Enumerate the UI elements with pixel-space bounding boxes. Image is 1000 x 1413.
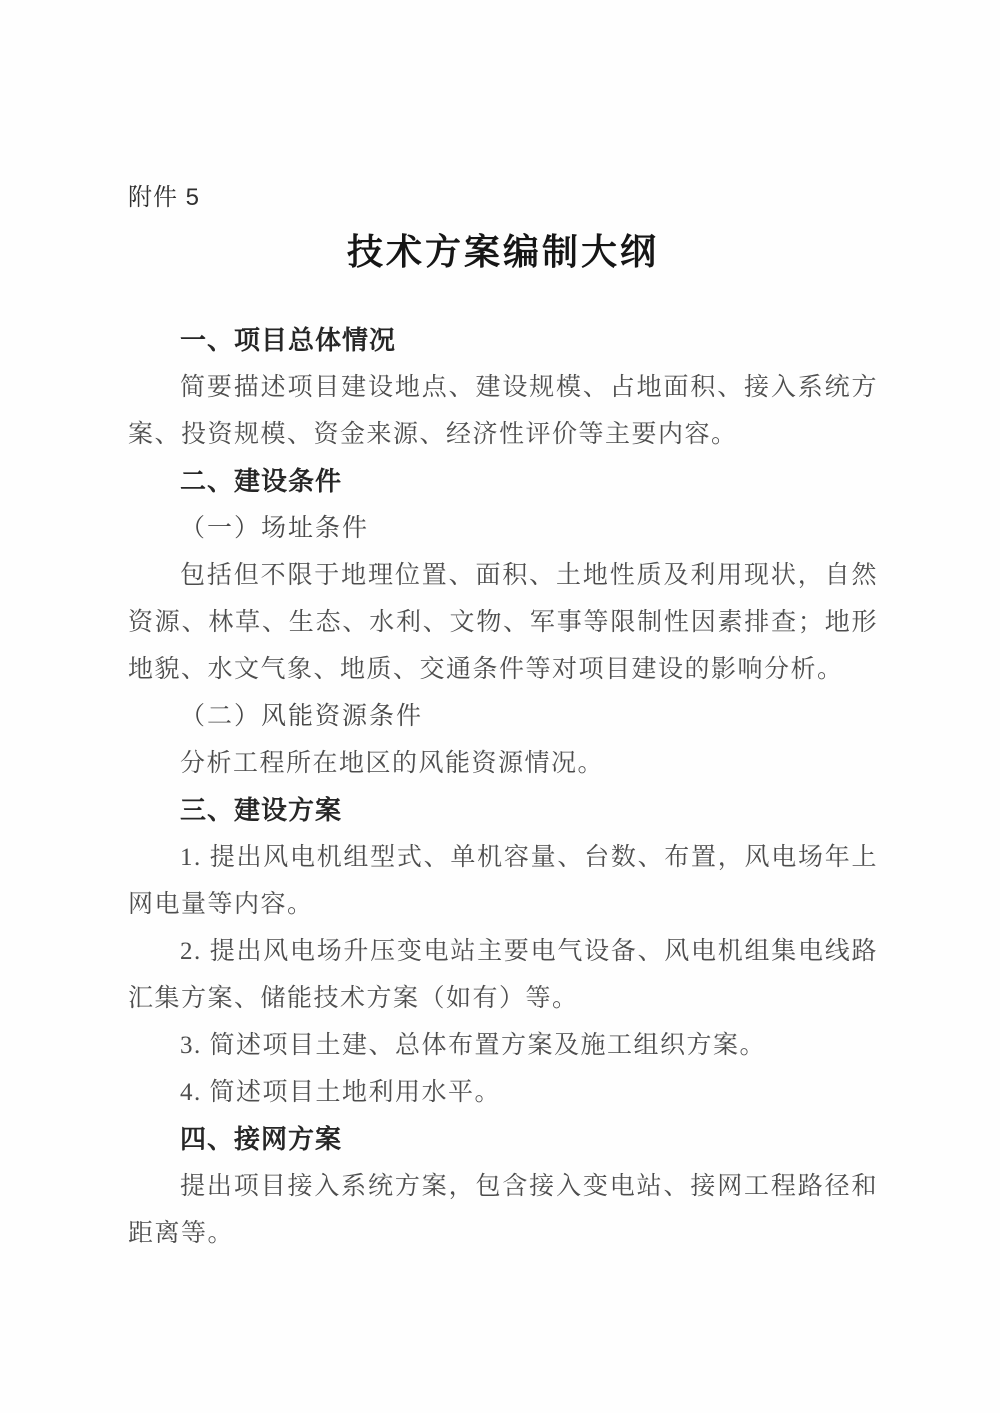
section-heading-project-overview: 一、项目总体情况: [128, 317, 878, 364]
subsection-heading-site-conditions: （一）场址条件: [128, 505, 878, 552]
document-body: 一、项目总体情况 简要描述项目建设地点、建设规模、占地面积、接入系统方案、投资规…: [128, 317, 878, 1257]
page-content: 附件 5 技术方案编制大纲 一、项目总体情况 简要描述项目建设地点、建设规模、占…: [0, 0, 1000, 1257]
paragraph-grid-connection-plan: 提出项目接入系统方案，包含接入变电站、接网工程路径和距离等。: [128, 1163, 878, 1257]
document-title: 技术方案编制大纲: [128, 227, 878, 277]
subsection-heading-wind-resource-conditions: （二）风能资源条件: [128, 693, 878, 740]
section-heading-construction-plan: 三、建设方案: [128, 787, 878, 834]
paragraph-construction-plan-item-2: 2. 提出风电场升压变电站主要电气设备、风电机组集电线路汇集方案、储能技术方案（…: [128, 928, 878, 1022]
section-heading-grid-connection-plan: 四、接网方案: [128, 1116, 878, 1163]
paragraph-construction-plan-item-1: 1. 提出风电机组型式、单机容量、台数、布置，风电场年上网电量等内容。: [128, 834, 878, 928]
document-page: 附件 5 技术方案编制大纲 一、项目总体情况 简要描述项目建设地点、建设规模、占…: [0, 0, 1000, 1413]
section-heading-construction-conditions: 二、建设条件: [128, 458, 878, 505]
paragraph-construction-plan-item-3: 3. 简述项目土建、总体布置方案及施工组织方案。: [128, 1022, 878, 1069]
paragraph-wind-resource-conditions: 分析工程所在地区的风能资源情况。: [128, 740, 878, 787]
attachment-label: 附件 5: [128, 183, 878, 213]
paragraph-site-conditions: 包括但不限于地理位置、面积、土地性质及利用现状，自然资源、林草、生态、水利、文物…: [128, 552, 878, 693]
paragraph-project-overview: 简要描述项目建设地点、建设规模、占地面积、接入系统方案、投资规模、资金来源、经济…: [128, 364, 878, 458]
paragraph-construction-plan-item-4: 4. 简述项目土地利用水平。: [128, 1069, 878, 1116]
